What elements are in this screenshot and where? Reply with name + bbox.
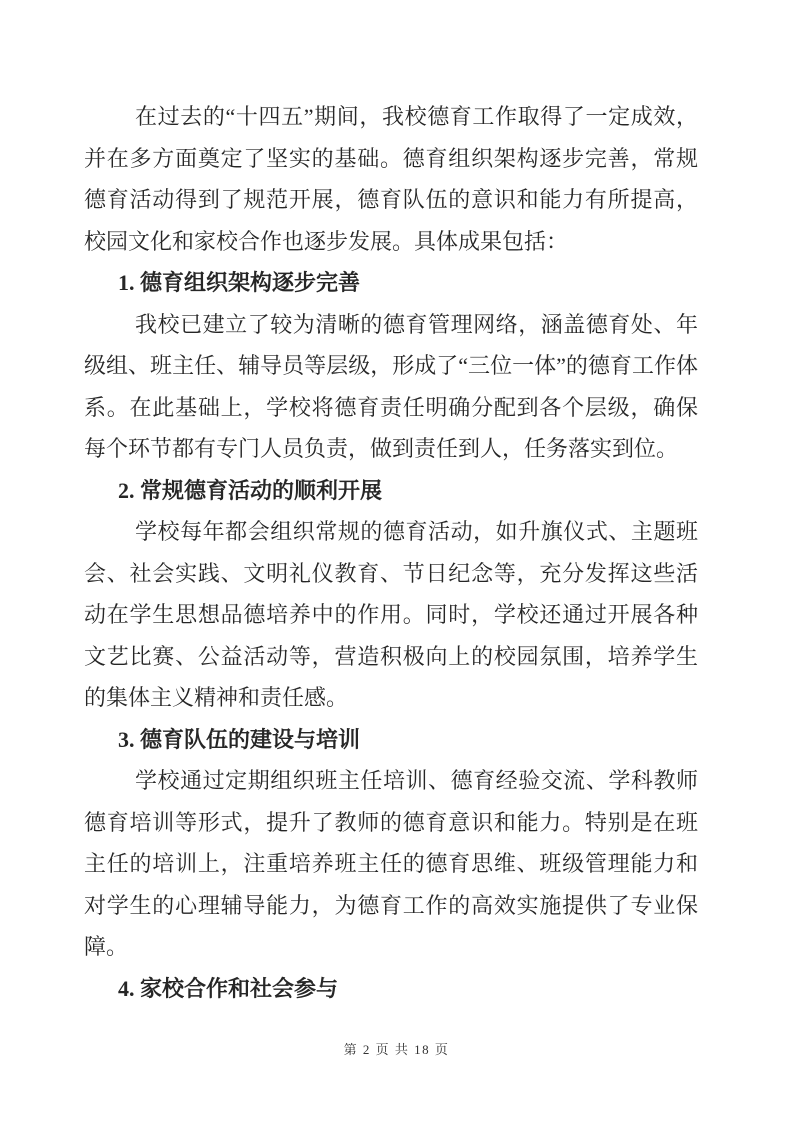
intro-paragraph: 在过去的“十四五”期间，我校德育工作取得了一定成效，并在多方面奠定了坚实的基础。… [84, 96, 698, 262]
document-page: 在过去的“十四五”期间，我校德育工作取得了一定成效，并在多方面奠定了坚实的基础。… [0, 0, 793, 1122]
section-1-heading: 1. 德育组织架构逐步完善 [84, 262, 698, 304]
section-3-heading: 3. 德育队伍的建设与培训 [84, 719, 698, 761]
document-body: 在过去的“十四五”期间，我校德育工作取得了一定成效，并在多方面奠定了坚实的基础。… [84, 96, 698, 1009]
section-2-heading: 2. 常规德育活动的顺利开展 [84, 470, 698, 512]
section-2-paragraph: 学校每年都会组织常规的德育活动，如升旗仪式、主题班会、社会实践、文明礼仪教育、节… [84, 511, 698, 719]
section-3-paragraph: 学校通过定期组织班主任培训、德育经验交流、学科教师德育培训等形式，提升了教师的德… [84, 760, 698, 968]
section-1-paragraph: 我校已建立了较为清晰的德育管理网络，涵盖德育处、年级组、班主任、辅导员等层级，形… [84, 304, 698, 470]
page-footer: 第 2 页 共 18 页 [0, 1039, 793, 1059]
page-number-text: 第 2 页 共 18 页 [344, 1042, 450, 1057]
section-4-heading: 4. 家校合作和社会参与 [84, 968, 698, 1010]
